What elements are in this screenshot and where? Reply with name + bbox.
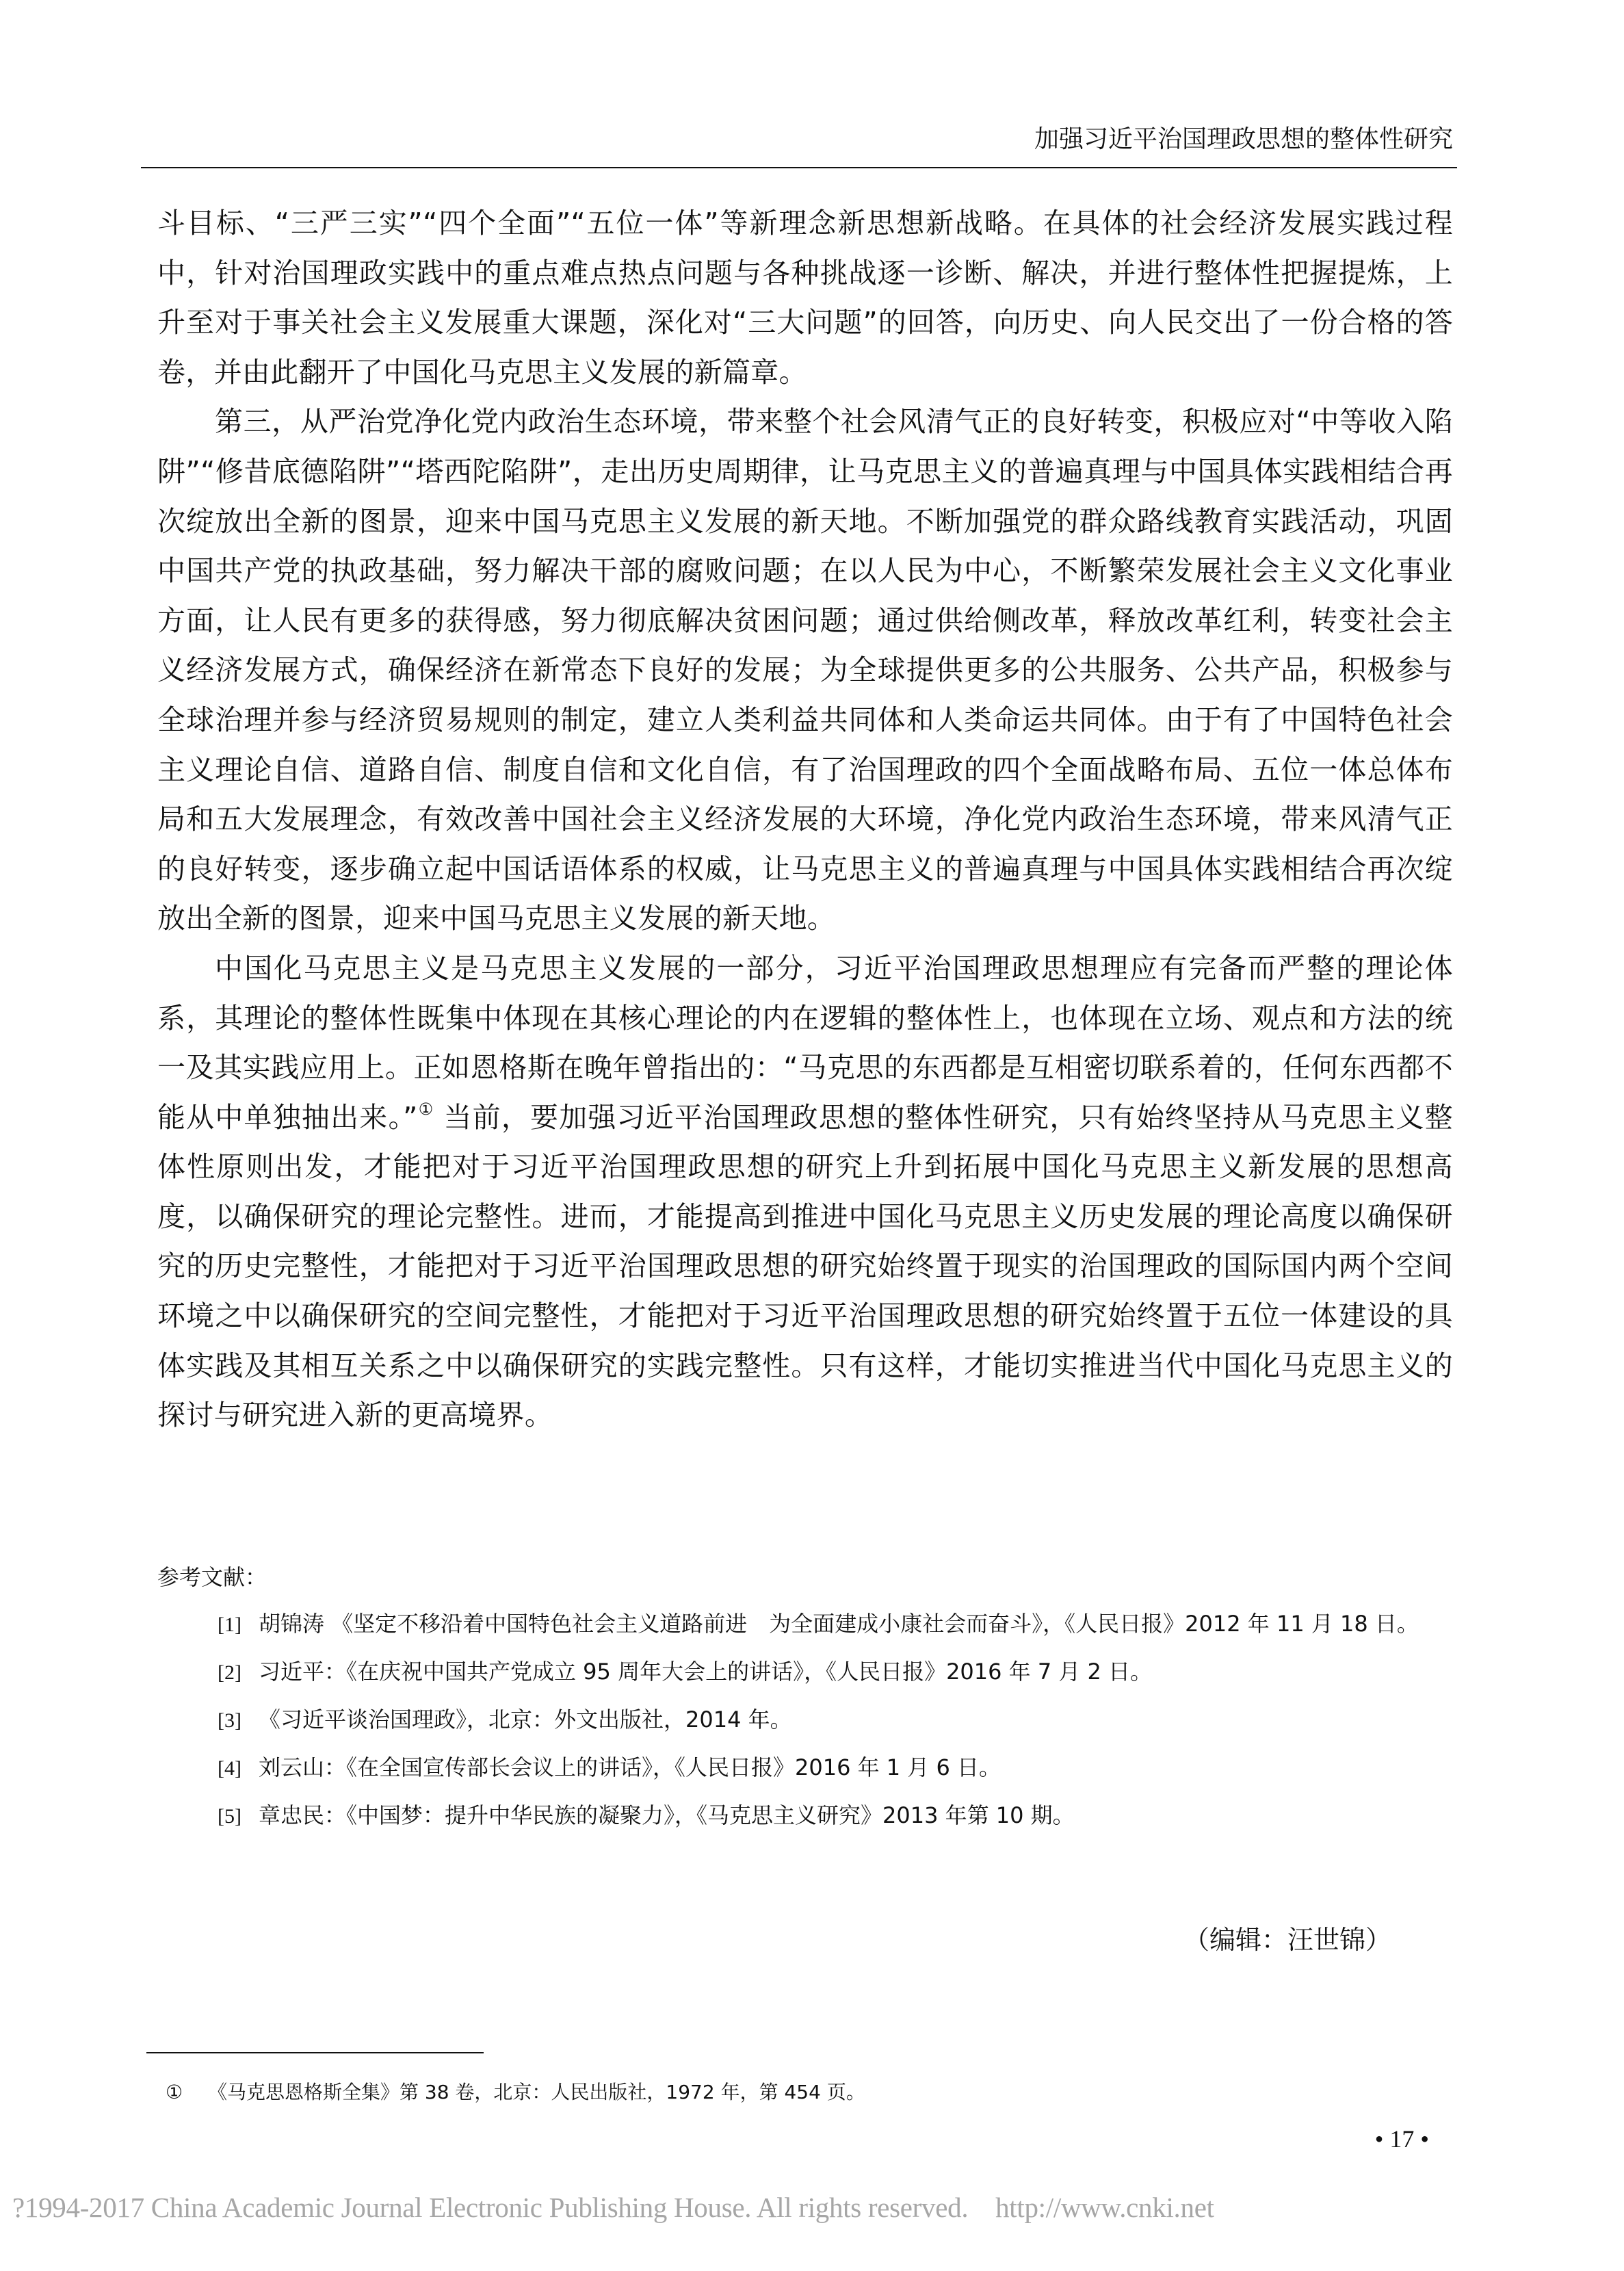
paragraph-2: 第三，从严治党净化党内政治生态环境，带来整个社会风清气正的良好转变，积极应对“中… [157,397,1453,944]
footnote-text: 《马克思恩格斯全集》第 38 卷，北京：人民出版社，1972 年，第 454 页… [208,2081,865,2103]
reference-text: 章忠民：《中国梦：提升中华民族的凝聚力》，《马克思主义研究》2013 年第 10… [259,1802,1075,1828]
reference-number: [5] [218,1793,259,1840]
paragraph-3-text-after-note: 当前，要加强习近平治国理政思想的整体性研究，只有始终坚持从马克思主义整体性原则出… [157,1101,1453,1432]
reference-item: [5]章忠民：《中国梦：提升中华民族的凝聚力》，《马克思主义研究》2013 年第… [157,1792,1453,1840]
running-title: 加强习近平治国理政思想的整体性研究 [1034,122,1453,157]
copyright-watermark: ?1994-2017 China Academic Journal Electr… [12,2188,1214,2227]
reference-item: [4]刘云山：《在全国宣传部长会议上的讲话》，《人民日报》2016 年 1 月 … [157,1744,1453,1792]
references-section: 参考文献： [1]胡锦涛 《坚定不移沿着中国特色社会主义道路前进 为全面建成小康… [157,1557,1453,1840]
header-rule [141,167,1457,168]
reference-number: [4] [218,1746,259,1792]
reference-text: 刘云山：《在全国宣传部长会议上的讲话》，《人民日报》2016 年 1 月 6 日… [259,1754,1001,1780]
reference-text: 胡锦涛 《坚定不移沿着中国特色社会主义道路前进 为全面建成小康社会而奋斗》，《人… [259,1611,1419,1637]
editor-note: （编辑：汪世锦） [1183,1923,1391,1957]
reference-number: [3] [218,1698,259,1744]
reference-item: [2]习近平：《在庆祝中国共产党成立 95 周年大会上的讲话》，《人民日报》20… [157,1648,1453,1696]
reference-number: [2] [218,1650,259,1696]
footnote-divider [146,2052,484,2053]
reference-number: [1] [218,1602,259,1648]
reference-text: 习近平：《在庆祝中国共产党成立 95 周年大会上的讲话》，《人民日报》2016 … [259,1659,1152,1685]
reference-item: [1]胡锦涛 《坚定不移沿着中国特色社会主义道路前进 为全面建成小康社会而奋斗》… [157,1600,1453,1648]
footnote-reference-1[interactable]: ① [418,1100,434,1119]
article-body: 斗目标、“三严三实”“四个全面”“五位一体”等新理念新思想新战略。在具体的社会经… [157,198,1453,1440]
reference-item: [3]《习近平谈治国理政》，北京：外文出版社，2014 年。 [157,1696,1453,1744]
page-number: • 17 • [1375,2123,1429,2155]
references-heading: 参考文献： [157,1557,1453,1598]
paragraph-1: 斗目标、“三严三实”“四个全面”“五位一体”等新理念新思想新战略。在具体的社会经… [157,198,1453,397]
reference-text: 《习近平谈治国理政》，北京：外文出版社，2014 年。 [259,1707,792,1733]
footnote-1: ①《马克思恩格斯全集》第 38 卷，北京：人民出版社，1972 年，第 454 … [166,2077,865,2107]
paragraph-3: 中国化马克思主义是马克思主义发展的一部分，习近平治国理政思想理应有完备而严整的理… [157,944,1453,1440]
footnote-mark: ① [166,2077,208,2107]
